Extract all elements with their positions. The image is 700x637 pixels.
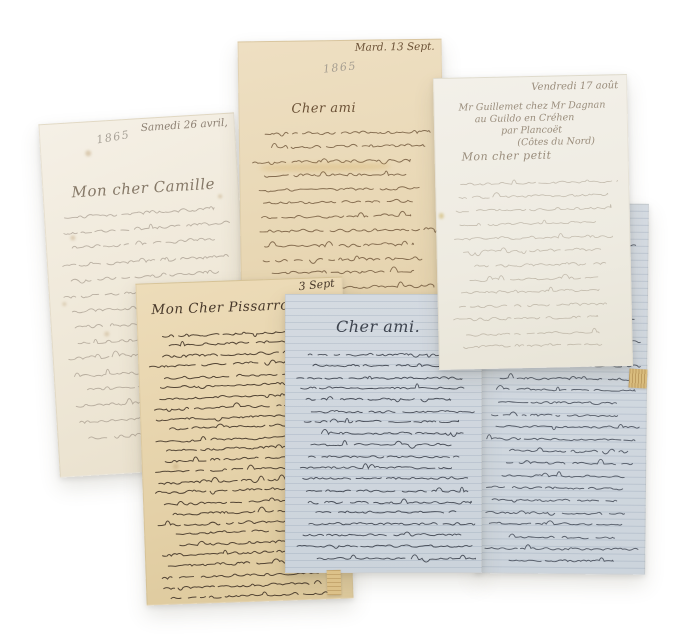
letter-d-date: 3 Sept <box>298 277 335 294</box>
letter-b-date: Mard. 13 Sept. <box>355 41 435 54</box>
tape-fragment-bottom <box>327 570 342 595</box>
letters-photo: 1865 Samedi 26 avril, Mon cher Camille M… <box>0 0 700 637</box>
letter-c-address-line: (Côtes du Nord) <box>517 135 606 149</box>
foxing-spot <box>218 194 222 198</box>
letter-c-paper: Vendredi 17 août Mr Guillemet chez Mr Da… <box>433 74 633 370</box>
letter-c-address-block: Mr Guillemet chez Mr Dagnan au Guildo en… <box>458 99 606 150</box>
foxing-spot <box>85 150 91 156</box>
letter-b-pencil-year: 1865 <box>322 59 357 75</box>
foxing-spot <box>439 213 444 219</box>
letter-e-body-scribbles <box>294 349 478 567</box>
letter-a-pencil-year: 1865 <box>95 128 131 146</box>
letter-c-body-scribbles <box>448 175 624 361</box>
letter-b-salutation: Cher ami <box>291 101 356 117</box>
tape-fragment-right <box>629 369 648 389</box>
letter-e-salutation: Cher ami. <box>336 317 420 336</box>
letter-a-salutation: Mon cher Camille <box>71 175 215 202</box>
letter-a-date: Samedi 26 avril, <box>140 117 228 134</box>
letter-c-date: Vendredi 17 août <box>531 80 618 93</box>
letter-d-salutation: Mon Cher Pissarro <box>151 297 289 318</box>
letter-c-content: Vendredi 17 août Mr Guillemet chez Mr Da… <box>434 75 632 369</box>
letter-c-salutation: Mon cher petit <box>461 149 551 164</box>
